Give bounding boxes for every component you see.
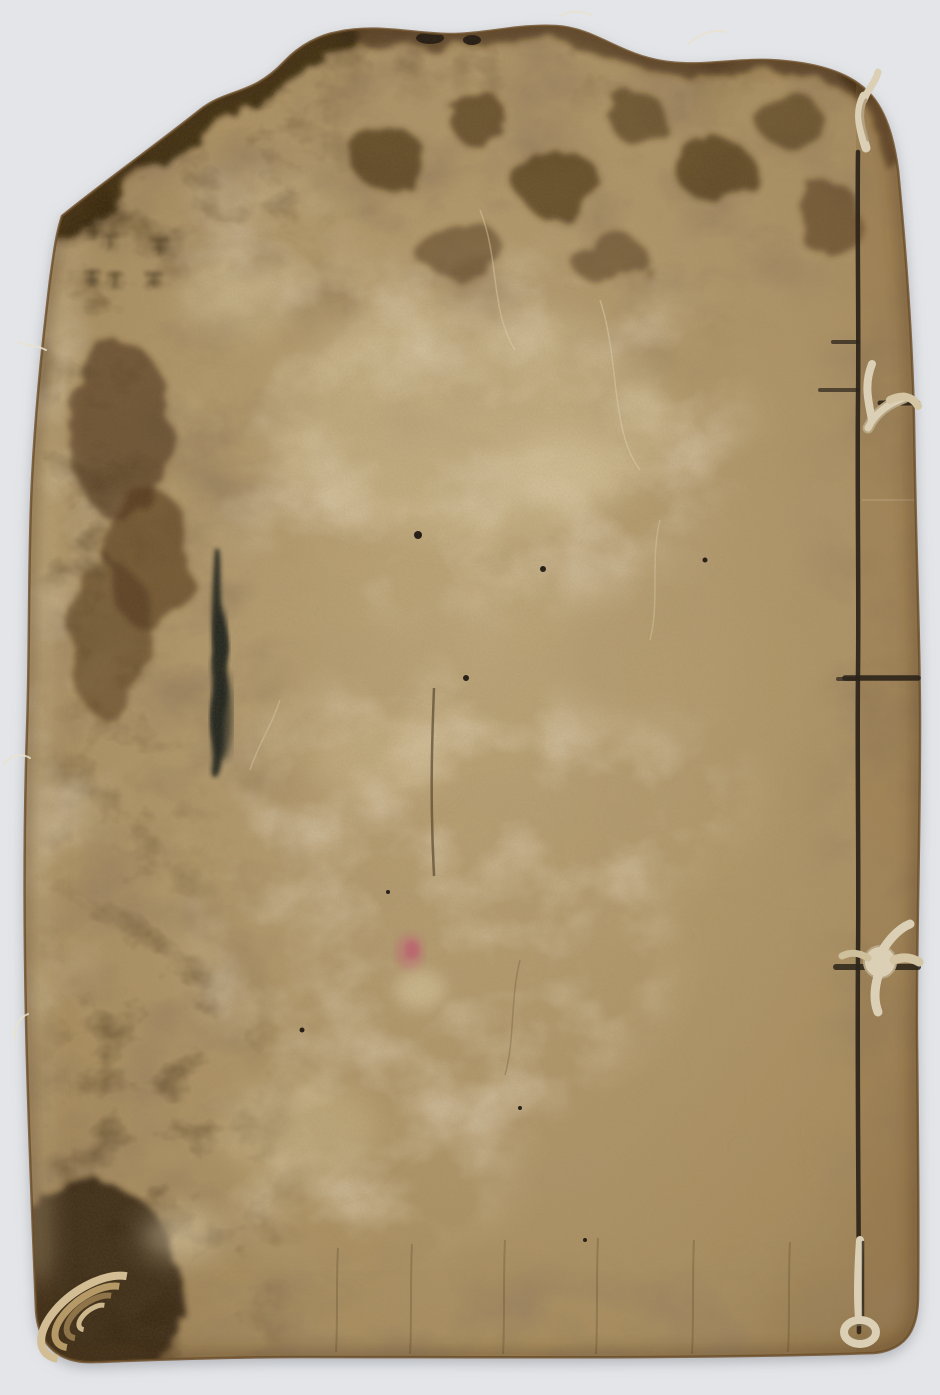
photo-of-antique-book: 月 奇 書 治 氏 華 筆 試 <box>0 0 940 1395</box>
binding-cord-vertical <box>858 152 859 1332</box>
book: 月 奇 書 治 氏 華 筆 試 <box>0 0 940 1395</box>
paper-grain-overlay <box>0 0 940 1395</box>
binding-stitch-middle <box>838 678 918 679</box>
